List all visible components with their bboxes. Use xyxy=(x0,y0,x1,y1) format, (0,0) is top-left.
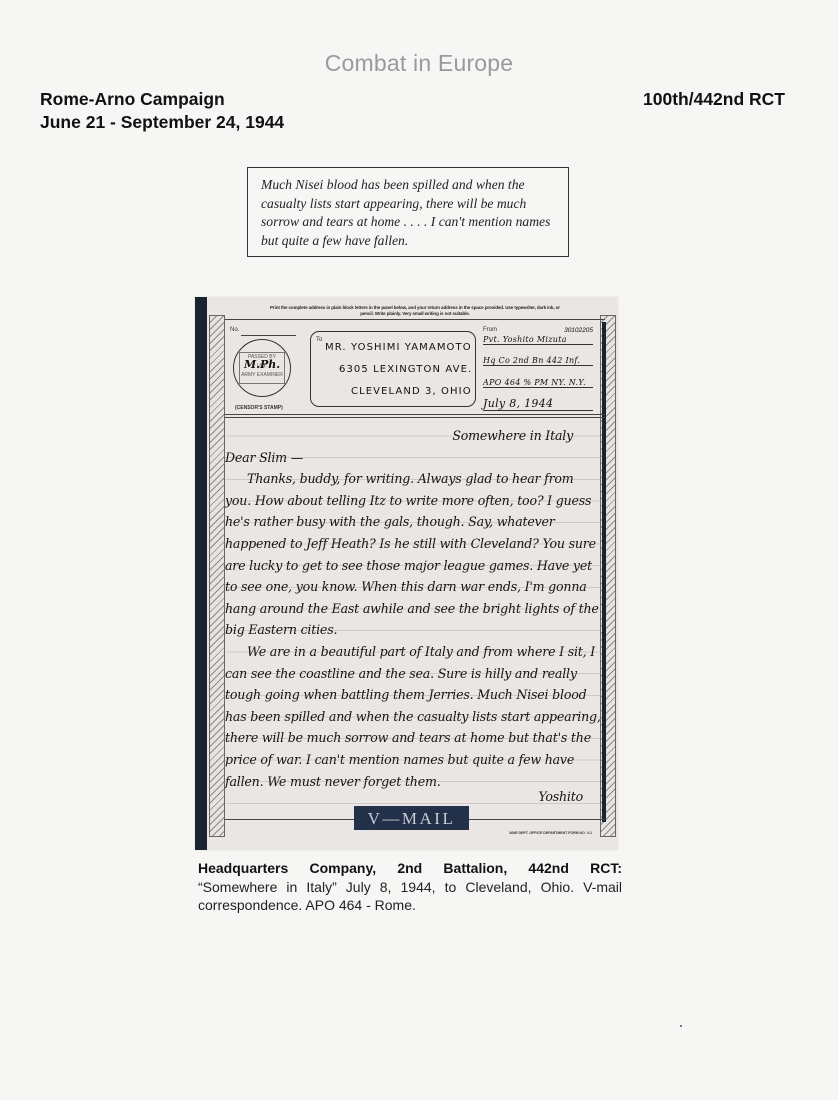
censor-stamp-label: (CENSOR'S STAMP) xyxy=(235,405,283,411)
divider xyxy=(225,319,605,320)
to-address-line: MR. YOSHIMI YAMAMOTO xyxy=(325,342,472,353)
vmail-letter-image: Print the complete address in plain bloc… xyxy=(195,297,618,850)
quote-text: Much Nisei blood has been spilled and wh… xyxy=(261,177,550,248)
sender-name: Pvt. Yoshito Mizuta xyxy=(483,335,593,345)
form-number: WAR DEPT. OFFICE DEPARTMENT FORM NO. V-1 xyxy=(509,831,592,835)
to-address-box: To MR. YOSHIMI YAMAMOTO 6305 LEXINGTON A… xyxy=(310,331,476,407)
campaign-heading: Rome-Arno Campaign June 21 - September 2… xyxy=(40,88,284,134)
from-label: From xyxy=(483,327,497,333)
letter-paragraph: Thanks, buddy, for writing. Always glad … xyxy=(225,468,603,641)
censor-stamp: PASSED BY U.S. ARMY EXAMINER M.Ph. xyxy=(233,339,291,397)
film-edge-left xyxy=(195,297,207,850)
letter-date: July 8, 1944 xyxy=(483,397,593,411)
divider xyxy=(241,335,296,336)
to-address-line: CLEVELAND 3, OHIO xyxy=(351,386,472,397)
caption-text: “Somewhere in Italy” July 8, 1944, to Cl… xyxy=(198,879,622,914)
campaign-name: Rome-Arno Campaign xyxy=(40,88,284,111)
to-label: To xyxy=(316,337,322,343)
censor-signature: M.Ph. xyxy=(234,358,290,371)
number-label: No. xyxy=(230,327,239,333)
vmail-logo: V—MAIL xyxy=(354,806,469,830)
quote-box: Much Nisei blood has been spilled and wh… xyxy=(247,167,569,257)
letter-paragraph: We are in a beautiful part of Italy and … xyxy=(225,641,603,792)
form-instructions: Print the complete address in plain bloc… xyxy=(265,305,565,317)
sender-address: Hq Co 2nd Bn 442 Inf. xyxy=(483,356,593,366)
page-title: Combat in Europe xyxy=(0,50,838,77)
campaign-dates: June 21 - September 24, 1944 xyxy=(40,111,284,134)
letter-salutation: Dear Slim — xyxy=(225,447,603,469)
sender-serial: 30102205 xyxy=(564,327,593,334)
caption-title: Headquarters Company, 2nd Battalion, 442… xyxy=(198,859,622,878)
to-address-line: 6305 LEXINGTON AVE. xyxy=(339,364,472,375)
letter-body: Somewhere in Italy Dear Slim — Thanks, b… xyxy=(225,425,603,808)
sender-apo: APO 464 % PM NY. N.Y. xyxy=(483,378,593,388)
paper-speck xyxy=(680,1025,682,1027)
caption: Headquarters Company, 2nd Battalion, 442… xyxy=(198,859,622,915)
letter-place: Somewhere in Italy xyxy=(225,425,603,447)
unit-heading: 100th/442nd RCT xyxy=(643,88,785,111)
